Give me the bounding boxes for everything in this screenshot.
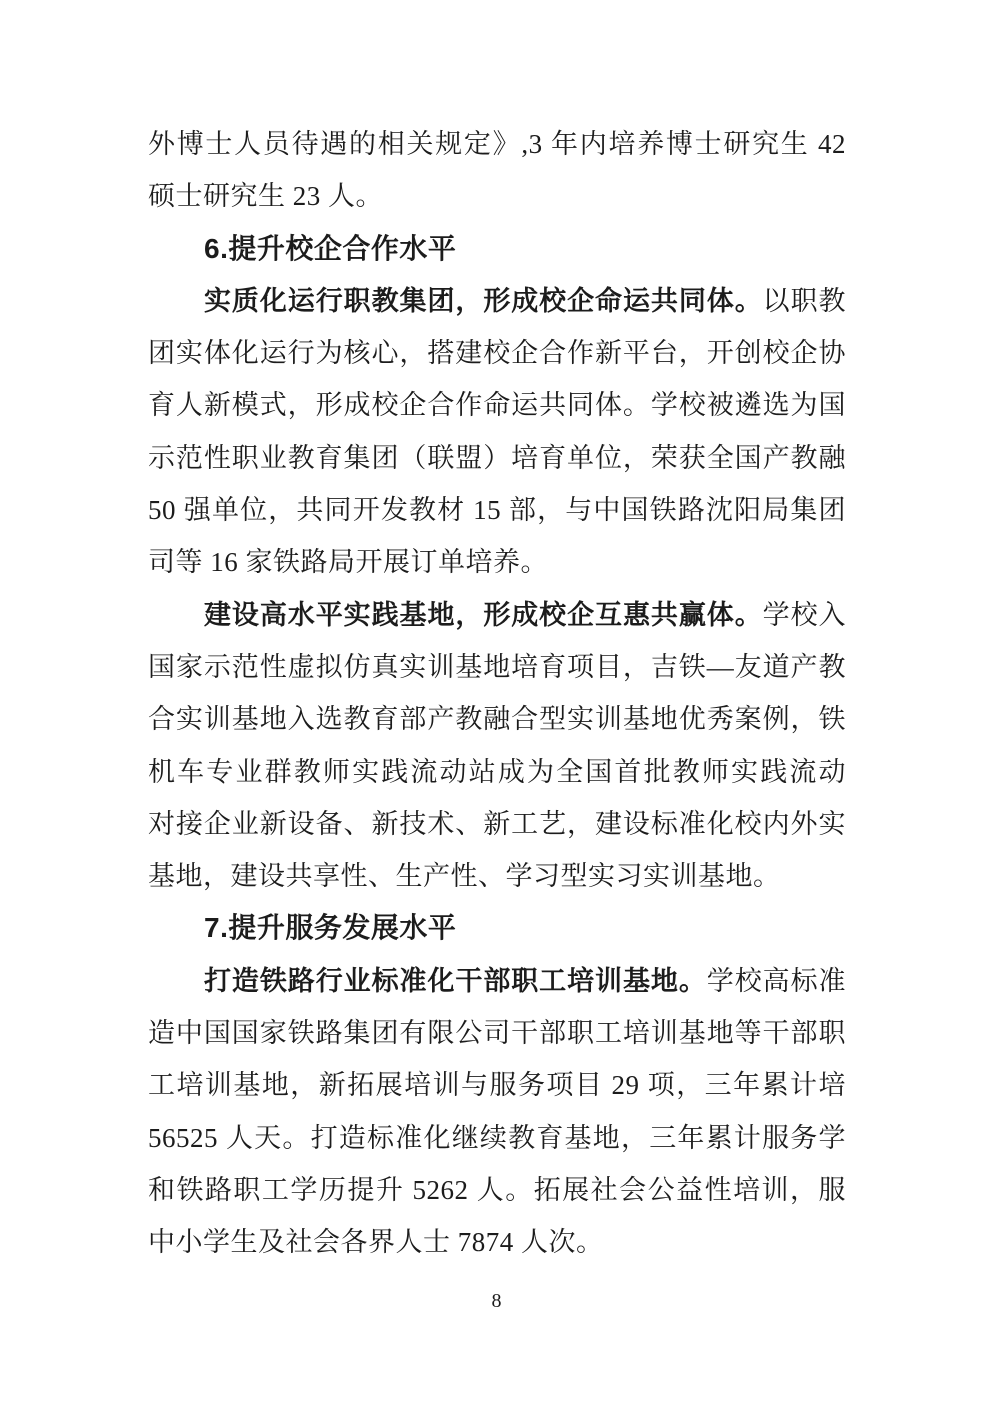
text-line: 50 强单位，共同开发教材 15 部，与中国铁路沈阳局集团公 — [148, 484, 846, 536]
line-text: 示范性职业教育集团（联盟）培育单位，荣获全国产教融合 — [148, 443, 846, 484]
text-line: 对接企业新设备、新技术、新工艺，建设标准化校内外实训 — [148, 798, 846, 850]
line-text: 国家示范性虚拟仿真实训基地培育项目，吉铁—友道产教融 — [148, 652, 846, 693]
lead-sentence: 打造铁路行业标准化干部职工培训基地。 — [204, 966, 707, 996]
lead-sentence: 建设高水平实践基地，形成校企互惠共赢体。 — [204, 600, 763, 630]
line-text: 工培训基地，新拓展培训与服务项目 29 项，三年累计培训 — [148, 1070, 846, 1111]
line-text: 造中国国家铁路集团有限公司干部职工培训基地等干部职 — [148, 1018, 846, 1048]
text-line: 示范性职业教育集团（联盟）培育单位，荣获全国产教融合 — [148, 432, 846, 484]
text-line: 和铁路职工学历提升 5262 人。拓展社会公益性培训，服务 — [148, 1164, 846, 1216]
line-text: 育人新模式，形成校企合作命运共同体。学校被遴选为国家 — [148, 390, 846, 431]
document-page: 外博士人员待遇的相关规定》,3 年内培养博士研究生 42 人， 硕士研究生 23… — [0, 0, 993, 1404]
line-text: 机车专业群教师实践流动站成为全国首批教师实践流动站。 — [148, 757, 846, 798]
line-text: 外博士人员待遇的相关规定》,3 年内培养博士研究生 42 人， — [148, 129, 846, 170]
text-line: 建设高水平实践基地，形成校企互惠共赢体。学校入围 — [148, 589, 846, 641]
line-text: 基地，建设共享性、生产性、学习型实习实训基地。 — [148, 861, 781, 891]
line-text: 团实体化运行为核心，搭建校企合作新平台，开创校企协同 — [148, 338, 846, 379]
text-line: 硕士研究生 23 人。 — [148, 170, 846, 222]
heading-text: 6.提升校企合作水平 — [204, 233, 456, 264]
text-line: 56525 人天。打造标准化继续教育基地，三年累计服务学生 — [148, 1112, 846, 1164]
text-line: 工培训基地，新拓展培训与服务项目 29 项，三年累计培训 — [148, 1059, 846, 1111]
lead-sentence: 实质化运行职教集团，形成校企命运共同体。 — [204, 286, 763, 316]
section-heading-7: 7.提升服务发展水平 — [148, 902, 846, 954]
text-line: 司等 16 家铁路局开展订单培养。 — [148, 536, 846, 588]
section-heading-6: 6.提升校企合作水平 — [148, 223, 846, 275]
line-text: 和铁路职工学历提升 5262 人。拓展社会公益性培训，服务 — [148, 1175, 846, 1216]
line-text: 50 强单位，共同开发教材 15 部，与中国铁路沈阳局集团公 — [148, 495, 846, 536]
line-text: 对接企业新设备、新技术、新工艺，建设标准化校内外实训 — [148, 809, 846, 850]
text-line: 造中国国家铁路集团有限公司干部职工培训基地等干部职 — [148, 1007, 846, 1059]
text-line: 中小学生及社会各界人士 7874 人次。 — [148, 1216, 846, 1268]
text-line: 国家示范性虚拟仿真实训基地培育项目，吉铁—友道产教融 — [148, 641, 846, 693]
text-line: 基地，建设共享性、生产性、学习型实习实训基地。 — [148, 850, 846, 902]
page-number: 8 — [0, 1290, 993, 1313]
document-body: 外博士人员待遇的相关规定》,3 年内培养博士研究生 42 人， 硕士研究生 23… — [148, 118, 846, 1269]
line-text: 硕士研究生 23 人。 — [148, 181, 383, 211]
text-line: 实质化运行职教集团，形成校企命运共同体。以职教集 — [148, 275, 846, 327]
line-text: 中小学生及社会各界人士 7874 人次。 — [148, 1227, 604, 1257]
text-line: 育人新模式，形成校企合作命运共同体。学校被遴选为国家 — [148, 379, 846, 431]
line-text: 合实训基地入选教育部产教融合型实训基地优秀案例，铁道 — [148, 704, 846, 745]
text-line: 合实训基地入选教育部产教融合型实训基地优秀案例，铁道 — [148, 693, 846, 745]
text-line: 外博士人员待遇的相关规定》,3 年内培养博士研究生 42 人， — [148, 118, 846, 170]
text-line: 打造铁路行业标准化干部职工培训基地。学校高标准打 — [148, 955, 846, 1007]
line-text: 56525 人天。打造标准化继续教育基地，三年累计服务学生 — [148, 1123, 846, 1164]
text-line: 团实体化运行为核心，搭建校企合作新平台，开创校企协同 — [148, 327, 846, 379]
text-line: 机车专业群教师实践流动站成为全国首批教师实践流动站。 — [148, 746, 846, 798]
heading-text: 7.提升服务发展水平 — [204, 912, 456, 943]
line-text: 司等 16 家铁路局开展订单培养。 — [148, 547, 548, 577]
